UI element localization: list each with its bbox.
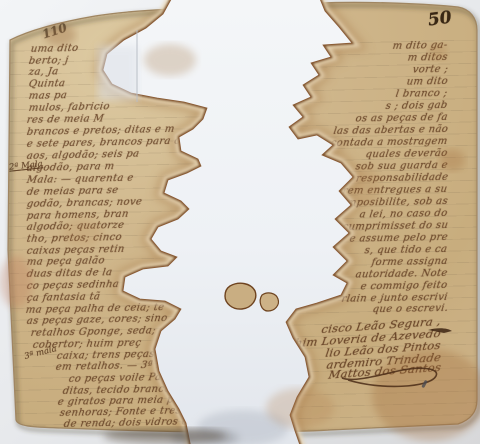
handwritten-line: forme assigna [371, 256, 449, 268]
handwritten-line: res de meia M [26, 113, 105, 126]
page-number-right: 50 [427, 7, 453, 30]
handwritten-line: za, Ja [28, 66, 59, 78]
handwritten-line: s, que tido e ca [364, 244, 448, 256]
handwritten-line: ase imposibilite, sob as [321, 196, 449, 209]
handwritten-line: a lei, no caso do [359, 208, 448, 221]
handwritten-line: cumprimisset do su [341, 220, 448, 233]
margin-note-3a-mala: 3ª mala [23, 344, 57, 362]
handwritten-line: s ; dois gab [385, 100, 448, 112]
handwritten-line: algodão; quatorze [26, 220, 125, 233]
handwritten-line: berto; j [28, 55, 69, 67]
handwritten-line: um dito [406, 76, 449, 88]
handwritten-line: retalhos Gponge, seda; c [30, 325, 166, 339]
handwritten-line: de meias para se [26, 185, 119, 198]
handwriting-layer: 110 50 2ª Mala 3ª mala uma ditoberto; jz… [0, 0, 480, 444]
handwritten-line: duas ditas de la [26, 267, 113, 280]
handwritten-line: m dito ga- [392, 40, 448, 52]
page-number-left: 110 [40, 20, 68, 41]
handwritten-line: e assume pelo pre [349, 232, 449, 245]
handwritten-line: Mala: — quarenta e [26, 173, 134, 186]
handwritten-line: os as peças de fa [355, 112, 449, 125]
handwritten-line: co peças sedinha [26, 279, 120, 292]
handwritten-line: tho, pretos; cinco [26, 232, 123, 245]
handwritten-line: sob sua guarda e [355, 160, 449, 173]
handwritten-line: m ditos [407, 52, 449, 64]
handwritten-line: ma peça galão [26, 255, 106, 268]
handwritten-line: l branco ; [395, 88, 448, 100]
handwritten-line: e sete pares, brancos para ca [26, 136, 187, 150]
handwritten-line: las das abertas e não [332, 124, 448, 137]
handwritten-line: uma dito [30, 43, 79, 55]
handwritten-line: e commigo feito [360, 280, 448, 293]
handwritten-line: mas pa [28, 90, 68, 102]
handwritten-line: aos, algodão; seis pa [26, 149, 140, 162]
handwritten-line: autoridade. Note [355, 268, 449, 281]
handwritten-line: rem entregues a su [342, 184, 448, 197]
handwritten-line: Quinta [28, 78, 66, 90]
handwritten-line: ça fantasia tã [26, 291, 101, 304]
handwritten-line: de renda; dois vidros ext [63, 416, 199, 430]
handwritten-line: vorte ; [412, 64, 449, 76]
handwritten-line: mulos, fabricio [28, 101, 111, 114]
handwritten-line: quales deverão [365, 148, 449, 160]
handwritten-line: oi; contada a mostragem [313, 136, 449, 149]
manuscript-photo: 110 50 2ª Mala 3ª mala uma ditoberto; jz… [0, 0, 480, 444]
handwritten-line: la responsabilidade [341, 172, 448, 185]
